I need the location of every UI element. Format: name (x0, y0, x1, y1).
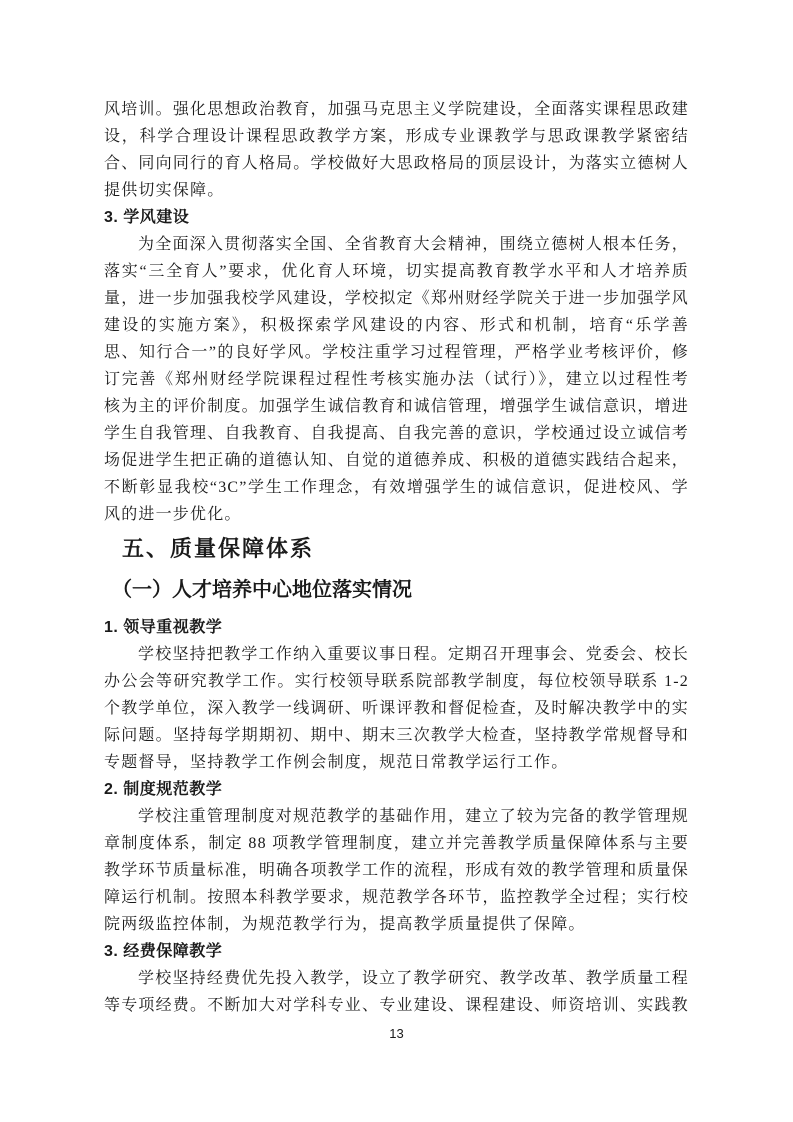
section-title-quality-assurance-system: 五、质量保障体系 (104, 534, 689, 564)
heading-study-style-construction: 3. 学风建设 (104, 204, 689, 231)
paragraph-moral-education-continuation: 风培训。强化思想政治教育，加强马克思主义学院建设，全面落实课程思政建设，科学合理… (104, 96, 689, 204)
heading-leadership-attention-teaching: 1. 领导重视教学 (104, 614, 689, 641)
paragraph-leadership-attention-teaching: 学校坚持把教学工作纳入重要议事日程。定期召开理事会、党委会、校长办公会等研究教学… (104, 641, 689, 776)
subsection-title-talent-cultivation-status: （一）人才培养中心地位落实情况 (104, 576, 689, 604)
heading-funding-guarantees-teaching: 3. 经费保障教学 (104, 938, 689, 965)
paragraph-study-style-construction: 为全面深入贯彻落实全国、全省教育大会精神，围绕立德树人根本任务，落实“三全育人”… (104, 231, 689, 528)
document-page: 风培训。强化思想政治教育，加强马克思主义学院建设，全面落实课程思政建设，科学合理… (0, 0, 793, 1122)
heading-system-regulates-teaching: 2. 制度规范教学 (104, 776, 689, 803)
paragraph-funding-guarantees-teaching: 学校坚持经费优先投入教学，设立了教学研究、教学改革、教学质量工程等专项经费。不断… (104, 965, 689, 1019)
page-content: 风培训。强化思想政治教育，加强马克思主义学院建设，全面落实课程思政建设，科学合理… (104, 96, 689, 1019)
paragraph-system-regulates-teaching: 学校注重管理制度对规范教学的基础作用，建立了较为完备的教学管理规章制度体系，制定… (104, 803, 689, 938)
page-number: 13 (0, 1026, 793, 1041)
